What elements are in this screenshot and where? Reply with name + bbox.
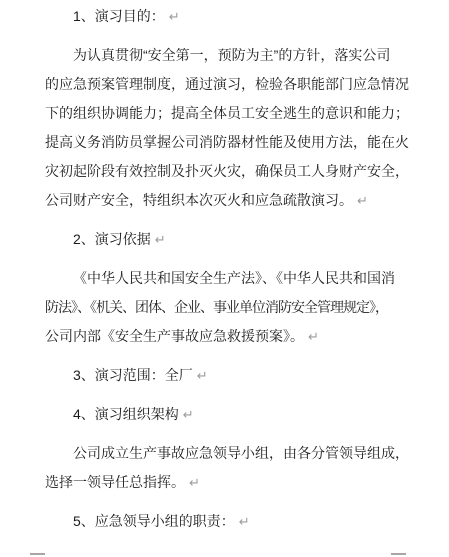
document-body[interactable]: 1、演习目的：↵为认真贯彻“安全第一，预防为主”的方针，落实公司的应急预案管理制… bbox=[0, 0, 449, 537]
heading-3-scope: 3、演习范围：全厂↵ bbox=[45, 361, 411, 391]
heading-5-duties: 5、应急领导小组的职责：↵ bbox=[45, 507, 411, 537]
paragraph-mark-icon: ↵ bbox=[197, 369, 208, 384]
text-line: 公司财产安全，特组织本次灭火和应急疏散演习。↵ bbox=[45, 186, 411, 216]
text-line: 2、演习依据↵ bbox=[45, 225, 411, 255]
text-boundary-mark-right bbox=[391, 553, 406, 555]
heading-2-basis: 2、演习依据↵ bbox=[45, 225, 411, 255]
text-line: 下的组织协调能力；提高全体员工安全逃生的意识和能力； bbox=[45, 99, 411, 128]
paragraph-mark-icon: ↵ bbox=[357, 194, 368, 209]
text-line: 公司内部《安全生产事故应急救援预案》。↵ bbox=[45, 322, 411, 352]
text-line: 5、应急领导小组的职责：↵ bbox=[45, 507, 411, 537]
heading-4-organization: 4、演习组织架构↵ bbox=[45, 400, 411, 430]
para-purpose-body: 为认真贯彻“安全第一，预防为主”的方针，落实公司的应急预案管理制度，通过演习，检… bbox=[45, 41, 411, 216]
text-line: 3、演习范围：全厂↵ bbox=[45, 361, 411, 391]
text-line: 灾初起阶段有效控制及扑灭火灾，确保员工人身财产安全， bbox=[45, 157, 411, 186]
text-line: 1、演习目的：↵ bbox=[45, 2, 411, 32]
paragraph-mark-icon: ↵ bbox=[239, 515, 250, 530]
text-line: 的应急预案管理制度，通过演习，检验各职能部门应急情况 bbox=[45, 70, 411, 99]
para-organization-body: 公司成立生产事故应急领导小组，由各分管领导组成，选择一领导任总指挥。↵ bbox=[45, 439, 411, 498]
text-line: 防法》、《机关、团体、企业、事业单位消防安全管理规定》， bbox=[45, 293, 411, 322]
document-page[interactable]: 1、演习目的：↵为认真贯彻“安全第一，预防为主”的方针，落实公司的应急预案管理制… bbox=[0, 0, 449, 557]
text-line: 提高义务消防员掌握公司消防器材性能及使用方法，能在火 bbox=[45, 128, 411, 157]
paragraph-mark-icon: ↵ bbox=[183, 408, 194, 423]
text-line: 4、演习组织架构↵ bbox=[45, 400, 411, 430]
paragraph-mark-icon: ↵ bbox=[189, 476, 200, 491]
paragraph-mark-icon: ↵ bbox=[155, 233, 166, 248]
paragraph-mark-icon: ↵ bbox=[308, 330, 319, 345]
text-line: 选择一领导任总指挥。↵ bbox=[45, 468, 411, 498]
text-line: 为认真贯彻“安全第一，预防为主”的方针，落实公司 bbox=[45, 41, 411, 70]
para-basis-body: 《中华人民共和国安全生产法》、《中华人民共和国消防法》、《机关、团体、企业、事业… bbox=[45, 264, 411, 352]
heading-1-purpose: 1、演习目的：↵ bbox=[45, 2, 411, 32]
text-boundary-mark-left bbox=[30, 553, 45, 555]
text-line: 公司成立生产事故应急领导小组，由各分管领导组成， bbox=[45, 439, 411, 468]
text-line: 《中华人民共和国安全生产法》、《中华人民共和国消 bbox=[45, 264, 411, 293]
paragraph-mark-icon: ↵ bbox=[169, 10, 180, 25]
